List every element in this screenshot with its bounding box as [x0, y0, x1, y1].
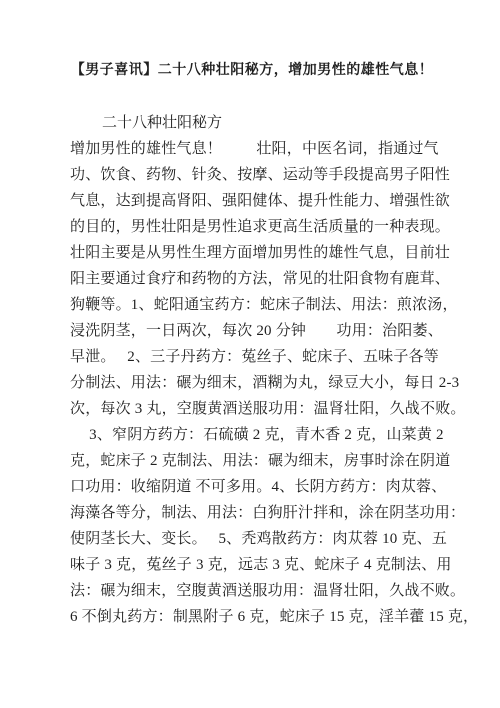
body-text-line: 使阴茎长大、变长。 5、秃鸡散药方：肉苁蓉 10 克、五 — [70, 526, 434, 552]
body-text-line: 气息，达到提高肾阳、强阳健体、提升性能力、增强性欲 — [70, 188, 434, 214]
body-text-line: 次，每次 3 丸，空腹黄酒送服功用：温肾壮阳，久战不败。 — [70, 396, 434, 422]
document-page: 【男子喜讯】二十八种壮阳秘方，增加男性的雄性气息！ 二十八种壮阳秘方 增加男性的… — [0, 0, 500, 708]
body-text-line: 的目的，男性壮阳是男性追求更高生活质量的一种表现。 — [70, 214, 434, 240]
body-text-line: 6 不倒丸药方：制黑附子 6 克，蛇床子 15 克，淫羊藿 15 克， — [70, 604, 434, 630]
document-body: 增加男性的雄性气息！ 壮阳，中医名词，指通过气功、饮食、药物、针灸、按摩、运动等… — [70, 136, 434, 630]
body-text-line: 法：碾为细末，空腹黄酒送服功用：温肾壮阳，久战不败。 — [70, 578, 434, 604]
body-text-line: 早泄。 2、三子丹药方：菟丝子、蛇床子、五味子各等 — [70, 344, 434, 370]
body-text-line: 味子 3 克，菟丝子 3 克，远志 3 克、蛇床子 4 克制法、用 — [70, 552, 434, 578]
body-text-line: 狗鞭等。1、蛇阳通宝药方：蛇床子制法、用法：煎浓汤， — [70, 292, 434, 318]
body-text-line: 3、窄阴方药方：石硫磺 2 克，青木香 2 克，山菜黄 2 — [70, 422, 434, 448]
document-subtitle: 二十八种壮阳秘方 — [70, 110, 434, 136]
body-text-line: 增加男性的雄性气息！ 壮阳，中医名词，指通过气 — [70, 136, 434, 162]
body-text-line: 浸洗阴茎，一日两次，每次 20 分钟 功用：治阳萎、 — [70, 318, 434, 344]
body-text-line: 功、饮食、药物、针灸、按摩、运动等手段提高男子阳性 — [70, 162, 434, 188]
document-content: 【男子喜讯】二十八种壮阳秘方，增加男性的雄性气息！ 二十八种壮阳秘方 增加男性的… — [0, 60, 500, 630]
body-text-line: 克，蛇床子 2 克制法、用法：碾为细末，房事时涂在阴道 — [70, 448, 434, 474]
body-text-line: 阳主要通过食疗和药物的方法，常见的壮阳食物有鹿茸、 — [70, 266, 434, 292]
body-text-line: 海藻各等分，制法、用法：白狗肝汁拌和，涂在阴茎功用： — [70, 500, 434, 526]
body-text-line: 口功用：收缩阴道 不可多用。4、长阴方药方：肉苁蓉、 — [70, 474, 434, 500]
body-text-line: 分制法、用法：碾为细末，酒糊为丸，绿豆大小，每日 2-3 — [70, 370, 434, 396]
document-title: 【男子喜讯】二十八种壮阳秘方，增加男性的雄性气息！ — [70, 60, 434, 82]
body-text-line: 壮阳主要是从男性生理方面增加男性的雄性气息，目前壮 — [70, 240, 434, 266]
